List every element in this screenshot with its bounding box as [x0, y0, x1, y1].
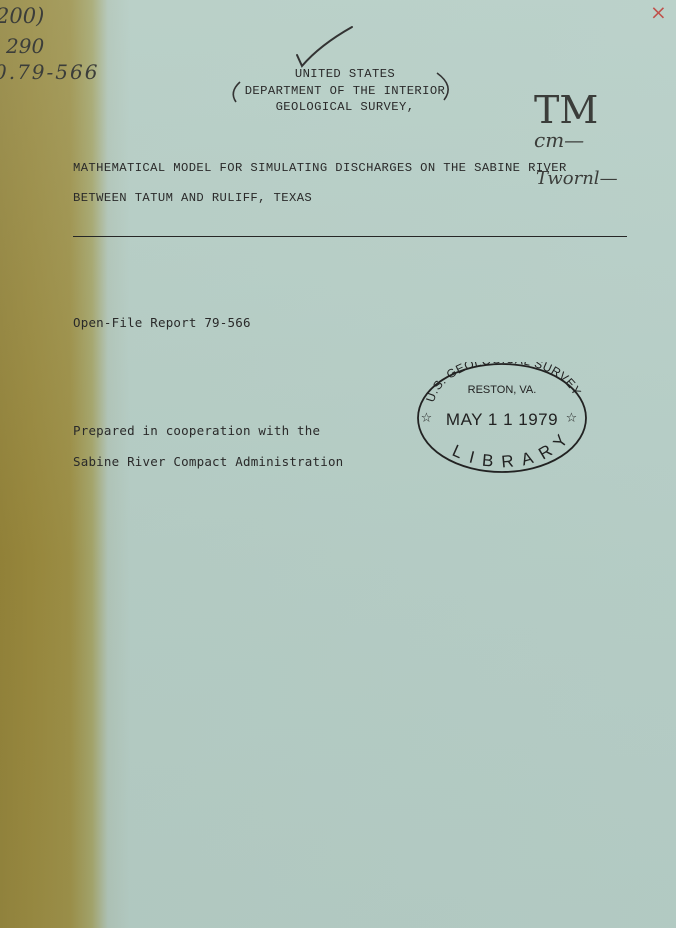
stamp-date: MAY 1 1 1979 — [416, 410, 588, 430]
right-parenthesis-mark — [437, 73, 448, 100]
svg-text:LIBRARY: LIBRARY — [450, 424, 577, 471]
stamp-arc-top: U.S. GEOLOGICAL SURVEY — [423, 362, 584, 404]
star-left-icon: ☆ — [421, 406, 432, 428]
report-cover-page: 200) 290 0.79-566 × TM cm— Twornl— UNITE… — [0, 0, 676, 928]
stamp-arc-bottom: LIBRARY — [450, 424, 577, 471]
svg-text:U.S. GEOLOGICAL SURVEY: U.S. GEOLOGICAL SURVEY — [423, 362, 584, 404]
checkmark-icon — [297, 27, 352, 66]
library-receipt-stamp: U.S. GEOLOGICAL SURVEY LIBRARY RESTON, V… — [416, 362, 588, 474]
star-right-icon: ☆ — [566, 406, 577, 428]
stamp-location: RESTON, VA. — [416, 384, 588, 396]
left-parenthesis-mark — [233, 82, 240, 102]
